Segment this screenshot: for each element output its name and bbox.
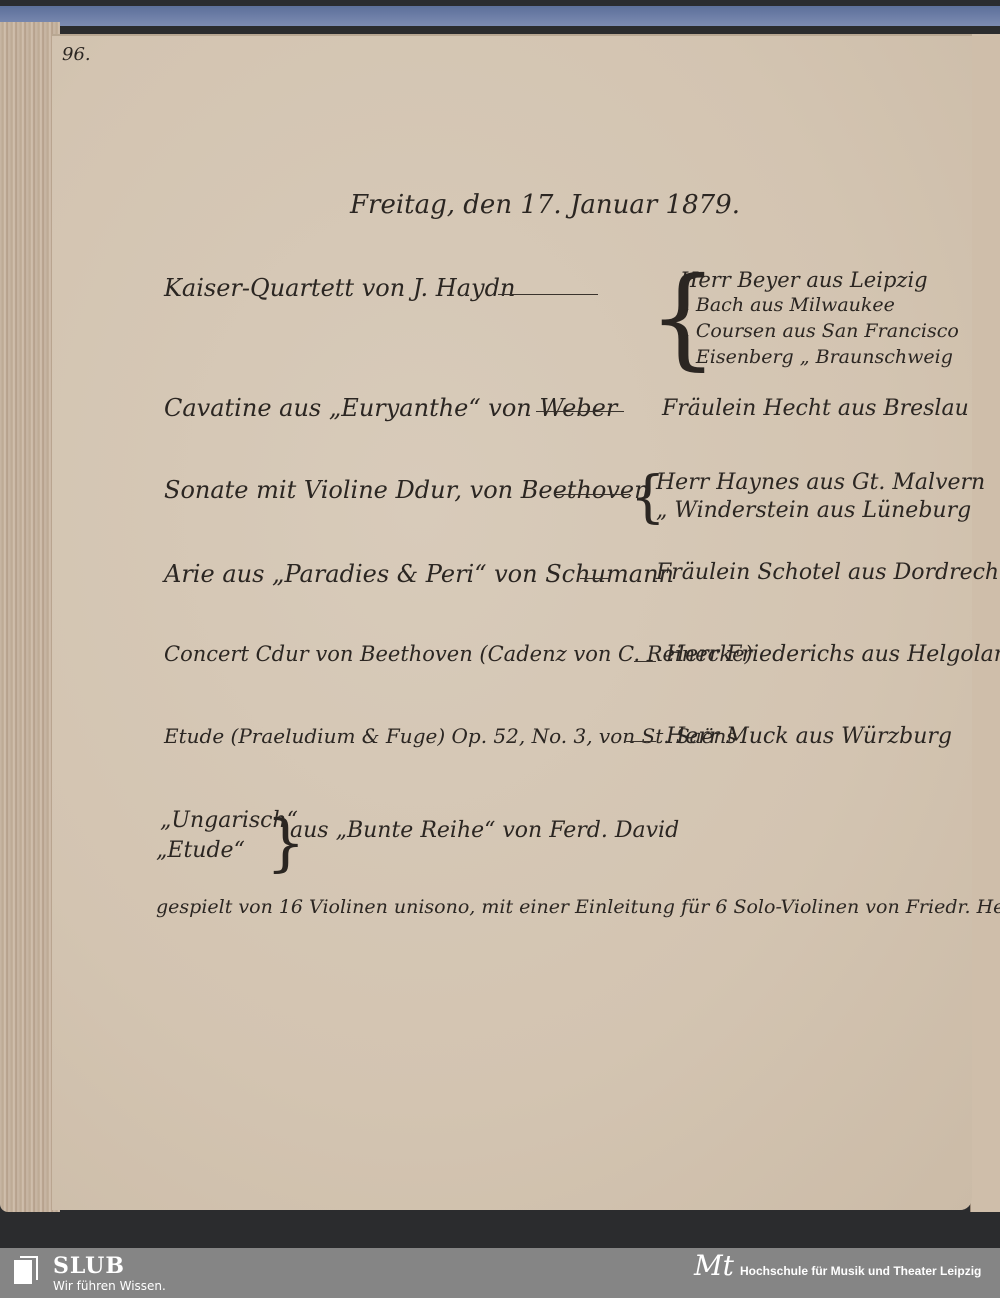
page-stack-edges: [0, 22, 60, 1212]
performer: „ Eisenberg „ Braunschweig: [680, 346, 953, 368]
performer: Fräulein Hecht aus Breslau: [662, 396, 969, 421]
performer: Herr Haynes aus Gt. Malvern: [656, 470, 985, 495]
program-work-1: Kaiser-Quartett von J. Haydn: [164, 274, 515, 302]
book-cover-edge: [0, 6, 1000, 26]
dash-line: [498, 294, 598, 295]
page-title: Freitag, den 17. Januar 1879.: [350, 190, 740, 220]
performer: „ Winderstein aus Lüneburg: [656, 498, 971, 523]
page-number: 96.: [62, 44, 91, 65]
slub-brand[interactable]: SLUB: [53, 1253, 125, 1279]
performer: Herr Muck aus Würzburg: [666, 724, 952, 749]
dash-line: [554, 494, 630, 495]
program-work-4: Arie aus „Paradies & Peri“ von Schumann: [164, 560, 674, 588]
slub-tagline: Wir führen Wissen.: [53, 1279, 166, 1293]
performer: Fräulein Schotel aus Dordrecht: [656, 560, 1000, 585]
hmt-brand[interactable]: Hochschule für Musik und Theater Leipzig: [740, 1264, 981, 1278]
performer: Herr Beyer aus Leipzig: [680, 268, 928, 292]
hmt-logo-icon[interactable]: Mt: [694, 1252, 730, 1294]
program-work-2: Cavatine aus „Euryanthe“ von Weber: [164, 394, 617, 422]
dash-line: [580, 578, 610, 579]
performer: Herr Friederichs aus Helgoland: [666, 642, 1000, 667]
footer-bar: SLUB Wir führen Wissen. Mt Hochschule fü…: [0, 1248, 1000, 1298]
final-item-title-2: „Etude“: [156, 838, 245, 863]
program-work-6: Etude (Praeludium & Fuge) Op. 52, No. 3,…: [164, 724, 737, 748]
scan-area: 96. Freitag, den 17. Januar 1879. Kaiser…: [0, 0, 1000, 1248]
final-item-source: aus „Bunte Reihe“ von Ferd. David: [290, 818, 679, 843]
program-work-5: Concert Cdur von Beethoven (Cadenz von C…: [164, 642, 753, 666]
dash-line: [626, 741, 656, 742]
final-item-note: gespielt von 16 Violinen unisono, mit ei…: [156, 896, 1000, 918]
slub-logo-icon[interactable]: [14, 1256, 38, 1284]
dash-line: [536, 411, 624, 412]
performer: „ Coursen aus San Francisco: [680, 320, 959, 342]
adjacent-page-edge: [970, 34, 1000, 1212]
program-work-3: Sonate mit Violine Ddur, von Beethoven: [164, 476, 650, 504]
dash-line: [634, 661, 656, 662]
performer: „ Bach aus Milwaukee: [680, 294, 895, 316]
